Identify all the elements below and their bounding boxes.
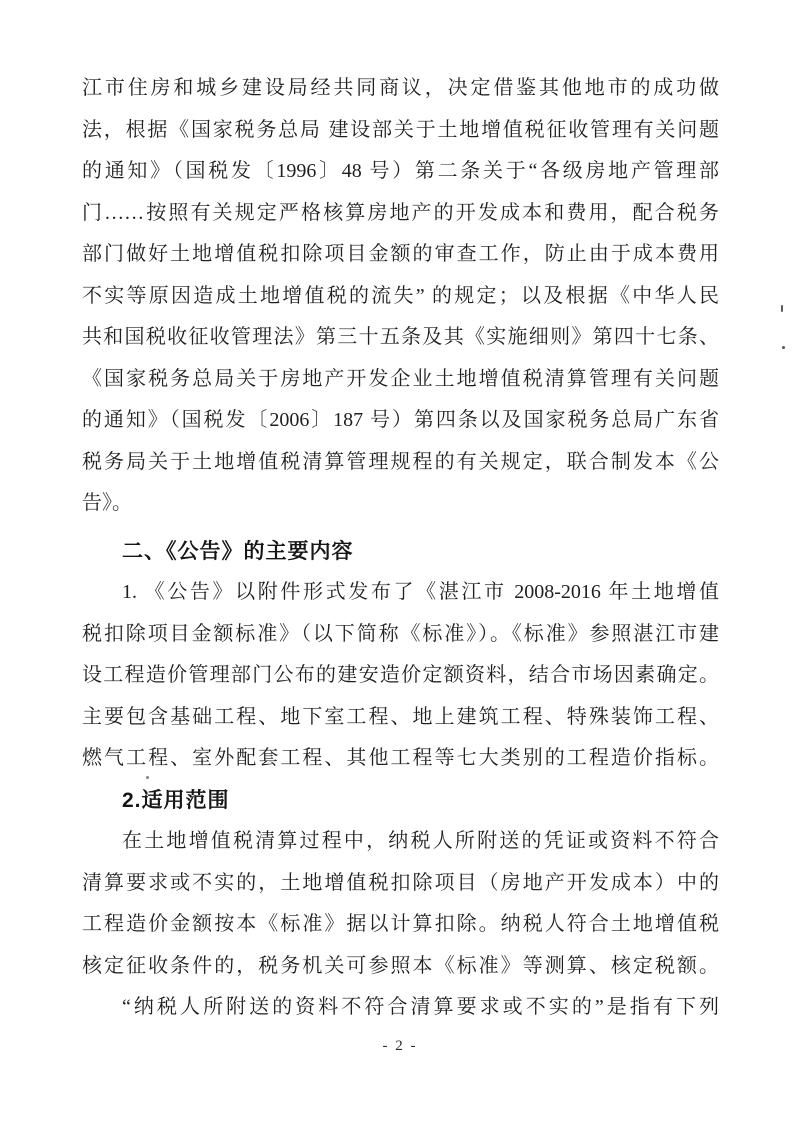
text-line: 工程造价金额按本《标准》据以计算扣除。纳税人符合土地增值税: [82, 904, 719, 946]
text-line: 的通知》（国税发〔1996〕48 号）第二条关于“各级房地产管理部: [82, 151, 719, 193]
text-line: 法，根据《国家税务总局 建设部关于土地增值税征收管理有关问题: [82, 110, 719, 152]
text-line: 告》。: [82, 483, 719, 525]
text-line: 部门做好土地增值税扣除项目金额的审查工作，防止由于成本费用: [82, 234, 719, 276]
text-line: 在土地增值税清算过程中，纳税人所附送的凭证或资料不符合: [82, 821, 719, 863]
scan-speck: [781, 305, 783, 312]
scanned-document-page: 江市住房和城乡建设局经共同商议，决定借鉴其他地市的成功做法，根据《国家税务总局 …: [0, 0, 800, 1132]
paragraph-quote-definition: “纳税人所附送的资料不符合清算要求或不实的”是指有下列: [82, 987, 719, 1029]
text-line: “纳税人所附送的资料不符合清算要求或不实的”是指有下列: [82, 987, 719, 1029]
text-line: 清算要求或不实的，土地增值税扣除项目（房地产开发成本）中的: [82, 863, 719, 905]
heading-scope: 2.适用范围: [82, 780, 719, 822]
text-line: 主要包含基础工程、地下室工程、地上建筑工程、特殊装饰工程、: [82, 697, 719, 739]
text-line: 不实等原因造成土地增值税的流失” 的规定；以及根据《中华人民: [82, 276, 719, 318]
document-body: 江市住房和城乡建设局经共同商议，决定借鉴其他地市的成功做法，根据《国家税务总局 …: [82, 68, 719, 1029]
text-line: 设工程造价管理部门公布的建安造价定额资料，结合市场因素确定。: [82, 655, 719, 697]
text-line: 门……按照有关规定严格核算房地产的开发成本和费用，配合税务: [82, 193, 719, 235]
text-line: 的通知》（国税发〔2006〕187 号）第四条以及国家税务总局广东省: [82, 400, 719, 442]
text-line: 税扣除项目金额标准》（以下简称《标准》）。《标准》参照湛江市建: [82, 614, 719, 656]
text-line: 共和国税收征收管理法》第三十五条及其《实施细则》第四十七条、: [82, 317, 719, 359]
text-line: 1. 《公告》以附件形式发布了《湛江市 2008-2016 年土地增值: [82, 572, 719, 614]
scan-speck: [146, 776, 149, 779]
page-number: - 2 -: [0, 1038, 800, 1055]
heading-main-content: 二、《公告》的主要内容: [82, 531, 719, 573]
scan-speck: [782, 346, 785, 349]
text-line: 核定征收条件的，税务机关可参照本《标准》等测算、核定税额。: [82, 946, 719, 988]
text-line: 燃气工程、室外配套工程、其他工程等七大类别的工程造价指标。: [82, 738, 719, 780]
text-line: 《国家税务总局关于房地产开发企业土地增值税清算管理有关问题: [82, 359, 719, 401]
paragraph-scope: 在土地增值税清算过程中，纳税人所附送的凭证或资料不符合清算要求或不实的，土地增值…: [82, 821, 719, 987]
text-line: 江市住房和城乡建设局经共同商议，决定借鉴其他地市的成功做: [82, 68, 719, 110]
paragraph-item-1: 1. 《公告》以附件形式发布了《湛江市 2008-2016 年土地增值税扣除项目…: [82, 572, 719, 780]
paragraph-continued: 江市住房和城乡建设局经共同商议，决定借鉴其他地市的成功做法，根据《国家税务总局 …: [82, 68, 719, 525]
text-line: 税务局关于土地增值税清算管理规程的有关规定，联合制发本《公: [82, 442, 719, 484]
